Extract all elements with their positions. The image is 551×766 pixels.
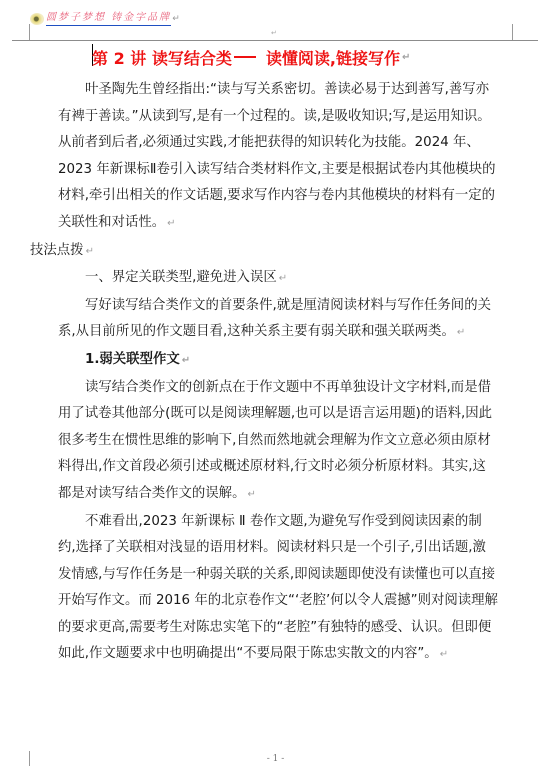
- school-logo-icon: [30, 13, 44, 25]
- document-page: 圆梦子梦想 铸金字品牌↵ ↵ 第 2 讲 读写结合类 读懂阅读,链接写作 ↵ 叶…: [0, 0, 551, 766]
- margin-corner-mark: [29, 24, 30, 40]
- paragraph-mark-icon: ↵: [402, 52, 410, 63]
- section-heading-1: 一、界定关联类型,避免进入误区↵: [58, 265, 498, 293]
- document-body[interactable]: 叶圣陶先生曾经指出:“读与写关系密切。善读必易于达到善写,善写亦有裨于善读。”从…: [58, 77, 498, 669]
- paragraph-mark-icon: ↵: [182, 355, 190, 366]
- title-subtitle: 读懂阅读,链接写作: [266, 46, 400, 69]
- page-header: 圆梦子梦想 铸金字品牌↵: [30, 10, 180, 28]
- title-dash: [234, 56, 256, 58]
- paragraph-mark-icon: ↵: [440, 649, 448, 660]
- paragraph-mark-icon: ↵: [86, 246, 94, 257]
- title-lesson: 第 2 讲 读写结合类: [92, 46, 232, 69]
- paragraph-mark-icon: ↵: [247, 489, 255, 500]
- paragraph-innovation: 读写结合类作文的创新点在于作文题中不再单独设计文字材料,而是借用了试卷其他部分(…: [58, 375, 498, 509]
- page-number: - 1 -: [0, 754, 551, 764]
- paragraph-mark-icon: ↵: [457, 327, 465, 338]
- paragraph-examples: 不难看出,2023 年新课标 Ⅱ 卷作文题,为避免写作受到阅读因素的制约,选择了…: [58, 509, 498, 670]
- margin-corner-mark: [512, 24, 513, 40]
- header-divider: [12, 40, 255, 41]
- paragraph-mark-icon: ↵: [172, 14, 180, 24]
- paragraph-mark-icon: ↵: [279, 273, 287, 284]
- page-title: 第 2 讲 读写结合类 读懂阅读,链接写作 ↵: [92, 45, 410, 69]
- section-label-tips: 技法点拨↵: [30, 238, 498, 266]
- paragraph-mark-icon: ↵: [167, 218, 175, 229]
- header-divider: [255, 40, 538, 41]
- subheading-weak-association: 1.弱关联型作文↵: [58, 347, 498, 375]
- paragraph-mark-icon: ↵: [271, 29, 277, 37]
- paragraph-intro: 叶圣陶先生曾经指出:“读与写关系密切。善读必易于达到善写,善写亦有裨于善读。”从…: [58, 77, 498, 238]
- header-brand-text: 圆梦子梦想 铸金字品牌: [46, 12, 171, 26]
- paragraph-relationship: 写好读写结合类作文的首要条件,就是厘清阅读材料与写作任务间的关系,从目前所见的作…: [58, 293, 498, 347]
